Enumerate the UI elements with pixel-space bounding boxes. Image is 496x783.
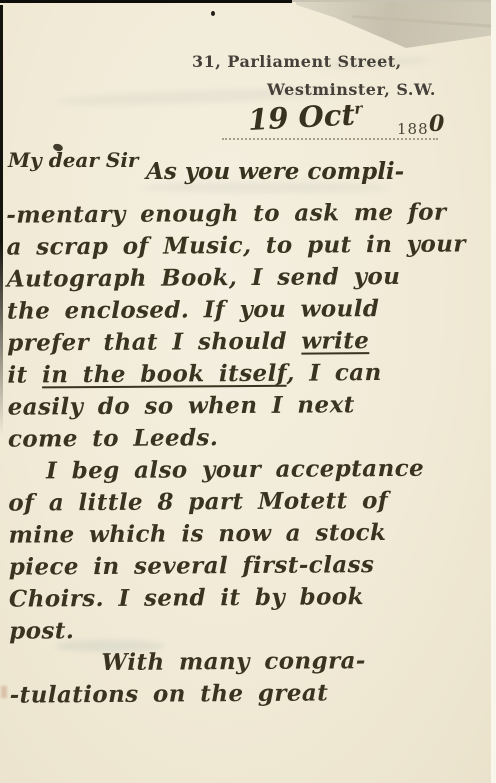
line-text: come to Leeds.	[8, 424, 219, 452]
line-text: easily do so when I next	[8, 391, 355, 420]
line-text: -tulations on the great	[10, 679, 329, 708]
body-line: prefer that I should write	[7, 324, 485, 359]
scan-edge-right	[491, 0, 496, 783]
body-line: -mentary enough to ask me for	[6, 196, 484, 231]
body-line: piece in several first-class	[9, 548, 487, 583]
letter-scan: 31, Parliament Street, Westminster, S.W.…	[0, 0, 496, 783]
paper-blemish	[1, 686, 7, 698]
underlined-text: write	[301, 327, 369, 354]
line-text: prefer that I should	[7, 328, 301, 357]
line-text: the enclosed. If you would	[7, 295, 379, 325]
dust-speck	[211, 11, 215, 16]
line-text: of a little 8 part Motett of	[8, 487, 388, 517]
scan-edge-top	[0, 0, 292, 3]
printed-year-prefix: 188	[397, 120, 429, 138]
line-text: I beg also your acceptance	[46, 455, 424, 485]
line-text: it	[7, 361, 42, 388]
line-text: -mentary enough to ask me for	[6, 199, 446, 229]
body-line: easily do so when I next	[8, 388, 486, 423]
handwritten-year-digit: 0	[429, 111, 444, 137]
body-line: a scrap of Music, to put in your	[6, 228, 484, 263]
letterhead-address-line1: 31, Parliament Street,	[192, 52, 402, 71]
body-line: of a little 8 part Motett of	[8, 484, 486, 519]
body-line: the enclosed. If you would	[7, 292, 485, 327]
body-line: Autograph Book, I send you	[7, 260, 485, 295]
letterhead-address-line2: Westminster, S.W.	[267, 80, 436, 99]
body-line: post.	[9, 612, 487, 647]
line-text: Autograph Book, I send you	[7, 263, 401, 293]
line-text: With many congra-	[101, 647, 366, 676]
body-line: I beg also your acceptance	[8, 452, 486, 487]
line-text: mine which is now a stock	[8, 519, 386, 549]
body-line: -tulations on the great	[10, 676, 488, 711]
scan-edge-top-right	[292, 0, 496, 2]
body-line: come to Leeds.	[8, 420, 486, 455]
letter-body: -mentary enough to ask me for a scrap of…	[6, 196, 488, 711]
date-superscript: r	[354, 99, 363, 117]
scan-edge-left	[0, 5, 3, 435]
body-line: With many congra-	[9, 644, 487, 679]
body-line: it in the book itself, I can	[7, 356, 485, 391]
underlined-text: in the book itself	[42, 360, 287, 389]
body-line: mine which is now a stock	[8, 516, 486, 551]
salutation: My dear Sir	[8, 148, 138, 172]
body-line: Choirs. I send it by book	[9, 580, 487, 615]
line-text: a scrap of Music, to put in your	[6, 230, 466, 260]
line-text: post.	[9, 617, 74, 644]
line-text: Choirs. I send it by book	[9, 583, 364, 612]
line-text: piece in several first-class	[9, 551, 375, 581]
opening-phrase: As you were compli-	[146, 158, 404, 185]
date-day-month: 19 Oct	[247, 97, 355, 137]
handwritten-date: 19 Octr	[247, 97, 363, 137]
line-text: , I can	[286, 359, 381, 387]
scanner-backing-corner	[296, 0, 496, 60]
